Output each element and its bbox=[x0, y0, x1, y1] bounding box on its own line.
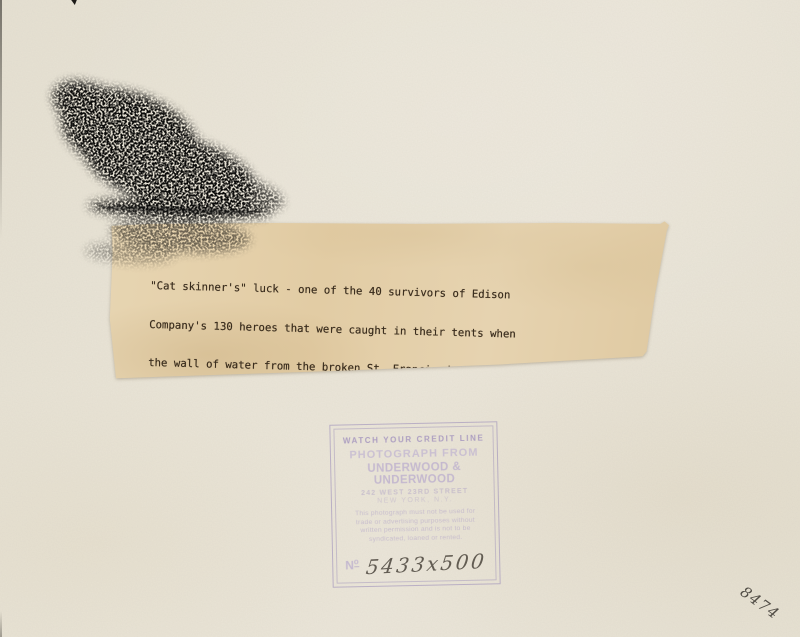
handwritten-corner-number: 8474 bbox=[737, 583, 783, 624]
smudge-dark-streak bbox=[98, 204, 258, 216]
caption-line: Company's 130 heroes that were caught in… bbox=[149, 319, 516, 342]
stamp-notice: This photograph must not be used for tra… bbox=[336, 507, 495, 545]
stamp-source-line2: UNDERWOOD & UNDERWOOD bbox=[335, 460, 493, 487]
caption-line: the wall of water from the broken St. Fr… bbox=[148, 357, 515, 380]
stamp-warning-line: WATCH YOUR CREDIT LINE bbox=[335, 433, 493, 445]
scan-edge-shadow-bottom bbox=[0, 611, 2, 637]
caption-line: curve in the river and whirled back on t… bbox=[147, 396, 514, 419]
photo-back-canvas: "Cat skinner's" luck - one of the 40 sur… bbox=[0, 0, 800, 637]
edge-speck bbox=[70, 0, 78, 5]
stamp-number-label: No bbox=[345, 557, 359, 572]
scan-edge-shadow bbox=[0, 0, 2, 240]
rust-speck bbox=[145, 379, 152, 384]
caption-line: "Cat skinner's" luck - one of the 40 sur… bbox=[150, 280, 517, 303]
stamp-source-line1: PHOTOGRAPH FROM bbox=[335, 446, 493, 461]
caption-slip: "Cat skinner's" luck - one of the 40 sur… bbox=[107, 221, 669, 384]
